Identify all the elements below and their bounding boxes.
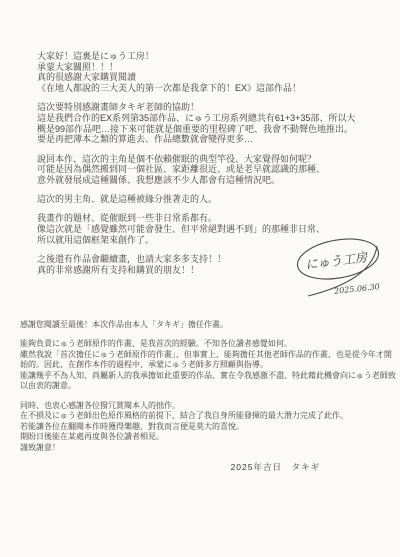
text-line: 期盼日後能在某處再度與各位讀者相見。 [20,432,392,443]
text-line: 可能是因為偶然搬到同一個社區、家距離很近、或是老早就認識的那種、 [37,164,377,175]
text-line: 雖然我說「首次擔任にゅう老師原作的作畫」、但事實上、能夠擔任其他老師作品的作畫、… [20,350,392,361]
signature-date: 2025.06.30 [333,282,380,296]
paragraph: 大家好！這裏是にゅう工房！承蒙大家關照！！！真的很感謝大家購買閱讀《在地人都說的… [37,51,377,94]
paragraph: 這次的男主角、就是這種被緣分推著走的人。 [37,194,377,205]
text-line: 這次要特別感謝畫師タキギ老師的協助！ [37,102,377,113]
text-line: 大家好！這裏是にゅう工房！ [37,51,377,62]
text-line: 感謝您閱讀至最後！本次作品由本人「タキギ」擔任作畫。 [20,320,392,331]
text-line: 意外就發展成這種關係、我想應該不少人都會有這種情況吧。 [37,175,377,186]
text-line: 在不損及にゅう老師出色原作風格的前提下、結合了我自身所能發揮的最大潛力完成了此作… [20,411,392,422]
paragraph: 感謝您閱讀至最後！本次作品由本人「タキギ」擔任作畫。 [20,320,392,331]
text-line: 承蒙大家關照！！！ [37,62,377,73]
text-line: 始的。因此、在創作本作的過程中、承蒙にゅう老師多方照顧與指導。 [20,360,392,371]
text-line: 能夠負責にゅう老師原作的作畫、是我首次的經驗。不知各位讀者感覺如何。 [20,339,392,350]
text-line: 這次的男主角、就是這種被緣分推著走的人。 [37,194,377,205]
text-line: 概是99部作品吧…接下來可能就是個重要的里程碑了吧、我會不動聲色地推出。 [37,124,377,135]
paragraph: 這次要特別感謝畫師タキギ老師的協助！這是我們合作的EX系列第35部作品、にゅう工… [37,102,377,145]
paragraph: 說回本作、這次的主角是個不依賴催眠的典型竿役、大家覺得如何呢？可能是因為偶然搬到… [37,154,377,186]
afterword-page: 大家好！這裏是にゅう工房！承蒙大家關照！！！真的很感謝大家購買閱讀《在地人都說的… [0,0,400,557]
artist-paragraphs: 感謝您閱讀至最後！本次作品由本人「タキギ」擔任作畫。能夠負責にゅう老師原作的作畫… [20,320,392,454]
text-line: 若能讓各位在翻閱本作時獲得樂趣、對我而言便是莫大的喜悅。 [20,422,392,433]
signature-graphic: にゅう工房 2025.06.30 [292,234,392,306]
author-signature: にゅう工房 2025.06.30 [292,234,392,306]
text-line: 這是我們合作的EX系列第35部作品、にゅう工房系列總共有61+3+35部、所以大 [37,113,377,124]
text-line: 說回本作、這次的主角是個不依賴催眠的典型竿役、大家覺得如何呢？ [37,154,377,165]
text-line: 以由衷的謝意。 [20,381,392,392]
paragraph: 同時、也衷心感謝各位撥冗賞閱本人的拙作。在不損及にゅう老師出色原作風格的前提下、… [20,401,392,454]
artist-signoff: 2025年吉日 タキギ [20,462,320,473]
paragraph: 能夠負責にゅう老師原作的作畫、是我首次的經驗。不知各位讀者感覺如何。雖然我說「首… [20,339,392,392]
text-line: 謹致謝意！ [20,443,392,454]
signature-name: にゅう工房 [304,249,369,272]
text-line: 《在地人都說的三大美人的第一次都是我拿下的！EX》這部作品！ [37,83,377,94]
text-line: 同時、也衷心感謝各位撥冗賞閱本人的拙作。 [20,401,392,412]
text-line: 能讓幾乎不為人知、尚屬新人的我承擔如此重要的作品、實在令我感激不盡、特此藉此機會… [20,371,392,382]
text-line: 要是再把薄本之類的算進去、作品總數就會變得更多… [37,134,377,145]
text-line: 真的很感謝大家購買閱讀 [37,72,377,83]
text-line: 我畫作的題材、從催眠到一些非日常系都有。 [37,213,377,224]
artist-message: 感謝您閱讀至最後！本次作品由本人「タキギ」擔任作畫。能夠負責にゅう老師原作的作畫… [20,320,392,473]
